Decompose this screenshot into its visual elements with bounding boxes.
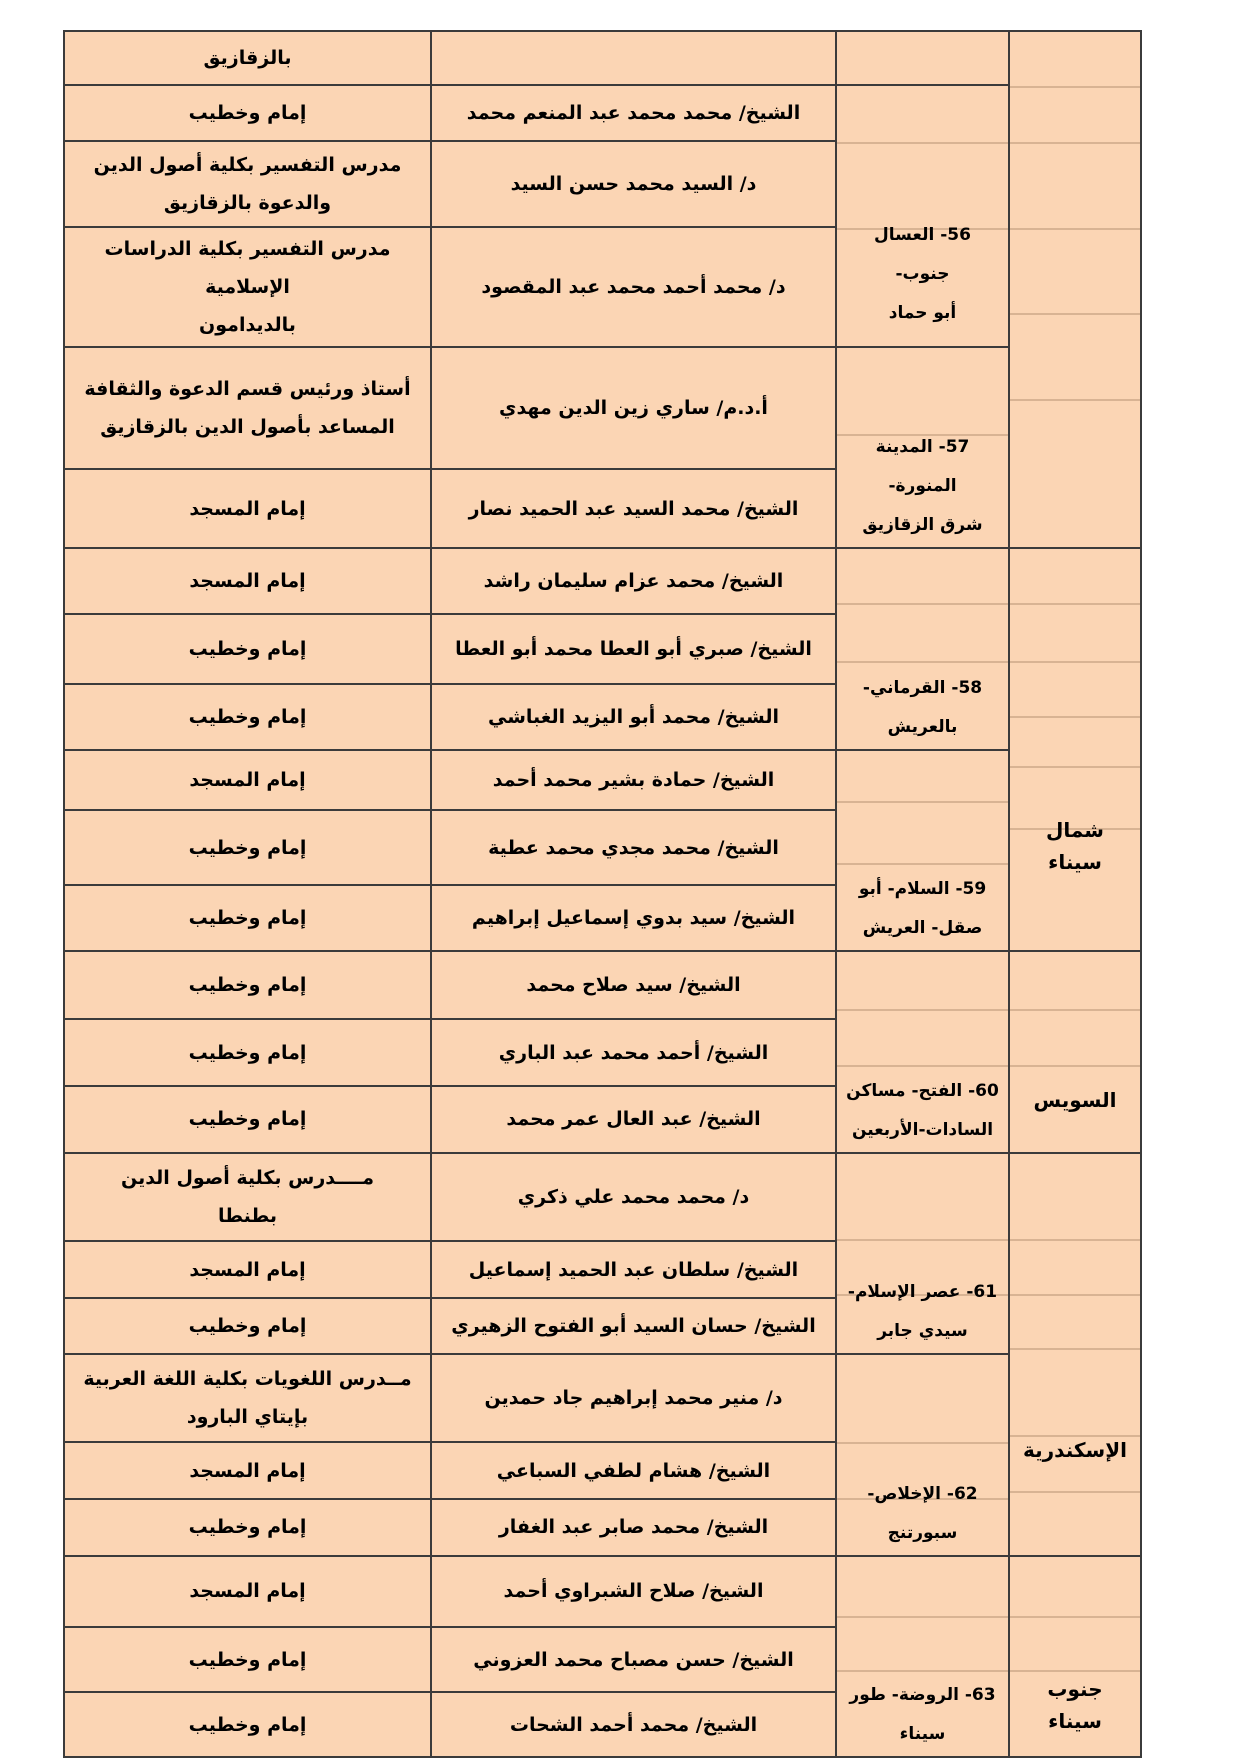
table-row: 62- الإخلاص- سبورتنج د/ منير محمد إبراهي… (64, 1354, 1141, 1442)
table-row: السويس 60- الفتح- مساكن السادات-الأربعين… (64, 951, 1141, 1019)
mosque-cell: 63- الروضة- طور سيناء (836, 1556, 1009, 1757)
table-row: بالزقازيق (64, 31, 1141, 85)
faint-gridline (1010, 228, 1140, 230)
faint-gridline (1010, 1435, 1140, 1437)
name-cell: الشيخ/ محمد مجدي محمد عطية (431, 810, 836, 885)
name-cell: د/ السيد محمد حسن السيد (431, 141, 836, 227)
faint-gridline (837, 1009, 1008, 1011)
name-cell: الشيخ/ سيد صلاح محمد (431, 951, 836, 1019)
faint-gridline (837, 1670, 1008, 1672)
table-row: جنوب سيناء 63- الروضة- طور سيناء الشيخ/ … (64, 1556, 1141, 1627)
faint-gridline (1010, 603, 1140, 605)
faint-gridline (1010, 86, 1140, 88)
faint-gridline (837, 1616, 1008, 1618)
table-row: 57- المدينة المنورة- شرق الزقازيق أ.د.م/… (64, 347, 1141, 469)
faint-gridline (837, 142, 1008, 144)
job-cell: إمام وخطيب (64, 1298, 431, 1354)
faint-gridline (1010, 716, 1140, 718)
name-cell: الشيخ/ حمادة بشير محمد أحمد (431, 750, 836, 810)
faint-gridline (837, 801, 1008, 803)
mosque-cell: 56- العسال جنوب- أبو حماد (836, 85, 1009, 347)
faint-gridline (1010, 1616, 1140, 1618)
faint-gridline (1010, 766, 1140, 768)
job-cell: بالزقازيق (64, 31, 431, 85)
table-row: شمال سيناء 58- القرماني- بالعريش الشيخ/ … (64, 548, 1141, 613)
mosque-label: 56- العسال جنوب- أبو حماد (874, 225, 971, 323)
name-cell: الشيخ/ محمد عزام سليمان راشد (431, 548, 836, 613)
job-cell: إمام وخطيب (64, 1692, 431, 1757)
document-page: { "table": { "colors": { "cell_bg": "#fb… (0, 0, 1240, 1755)
mosque-label: 62- الإخلاص- سبورتنج (867, 1484, 977, 1543)
faint-gridline (837, 863, 1008, 865)
faint-gridline (1010, 399, 1140, 401)
name-cell: الشيخ/ عبد العال عمر محمد (431, 1086, 836, 1153)
name-cell: أ.د.م/ ساري زين الدين مهدي (431, 347, 836, 469)
faint-gridline (1010, 1294, 1140, 1296)
name-cell: الشيخ/ صبري أبو العطا محمد أبو العطا (431, 614, 836, 684)
mosque-cell: 59- السلام- أبو صقل- العريش (836, 750, 1009, 951)
mosque-cell: 61- عصر الإسلام- سيدي جابر (836, 1153, 1009, 1354)
job-cell: إمام وخطيب (64, 810, 431, 885)
faint-gridline (1010, 1348, 1140, 1350)
faint-gridline (837, 603, 1008, 605)
job-cell: إمام وخطيب (64, 885, 431, 951)
job-cell: إمام المسجد (64, 750, 431, 810)
faint-gridline (1010, 1239, 1140, 1241)
job-cell: إمام المسجد (64, 1241, 431, 1298)
name-cell: الشيخ/ محمد صابر عبد الغفار (431, 1499, 836, 1556)
name-cell: الشيخ/ أحمد محمد عبد الباري (431, 1019, 836, 1086)
governorate-cell: جنوب سيناء (1009, 1556, 1141, 1757)
governorate-cell: السويس (1009, 951, 1141, 1152)
faint-gridline (837, 1065, 1008, 1067)
faint-gridline (1010, 1670, 1140, 1672)
table-row: الإسكندرية 61- عصر الإسلام- سيدي جابر د/… (64, 1153, 1141, 1241)
faint-gridline (1010, 661, 1140, 663)
name-cell (431, 31, 836, 85)
job-cell: إمام وخطيب (64, 1086, 431, 1153)
name-cell: الشيخ/ صلاح الشبراوي أحمد (431, 1556, 836, 1627)
job-cell: إمام المسجد (64, 548, 431, 613)
governorate-label: الإسكندرية (1023, 1438, 1127, 1462)
name-cell: د/ محمد أحمد محمد عبد المقصود (431, 227, 836, 347)
job-cell: إمام وخطيب (64, 85, 431, 141)
name-cell: الشيخ/ محمد أبو اليزيد الغباشي (431, 684, 836, 750)
name-cell: الشيخ/ سيد بدوي إسماعيل إبراهيم (431, 885, 836, 951)
mosque-cell: 60- الفتح- مساكن السادات-الأربعين (836, 951, 1009, 1152)
governorate-cell (1009, 31, 1141, 548)
name-cell: الشيخ/ محمد السيد عبد الحميد نصار (431, 469, 836, 548)
governorate-label: السويس (1033, 1088, 1116, 1112)
faint-gridline (1010, 1065, 1140, 1067)
job-cell: إمام وخطيب (64, 951, 431, 1019)
name-cell: د/ محمد محمد علي ذكري (431, 1153, 836, 1241)
job-cell: إمام المسجد (64, 1556, 431, 1627)
mosque-label: 61- عصر الإسلام- سيدي جابر (848, 1282, 997, 1341)
governorate-cell: الإسكندرية (1009, 1153, 1141, 1556)
job-cell: إمام وخطيب (64, 1499, 431, 1556)
job-cell: إمام المسجد (64, 469, 431, 548)
mosque-cell: 62- الإخلاص- سبورتنج (836, 1354, 1009, 1555)
name-cell: د/ منير محمد إبراهيم جاد حمدين (431, 1354, 836, 1442)
job-cell: مدرس التفسير بكلية أصول الدين والدعوة با… (64, 141, 431, 227)
job-cell: مدرس التفسير بكلية الدراسات الإسلامية با… (64, 227, 431, 347)
job-cell: إمام وخطيب (64, 684, 431, 750)
faint-gridline (1010, 1009, 1140, 1011)
faint-gridline (1010, 1491, 1140, 1493)
name-cell: الشيخ/ سلطان عبد الحميد إسماعيل (431, 1241, 836, 1298)
faint-gridline (1010, 313, 1140, 315)
name-cell: الشيخ/ محمد محمد عبد المنعم محمد (431, 85, 836, 141)
mosque-cell: 57- المدينة المنورة- شرق الزقازيق (836, 347, 1009, 548)
mosque-label: 59- السلام- أبو صقل- العريش (859, 879, 986, 938)
job-cell: إمام وخطيب (64, 1627, 431, 1692)
faint-gridline (837, 434, 1008, 436)
mosque-cell: 58- القرماني- بالعريش (836, 548, 1009, 749)
faint-gridline (837, 1239, 1008, 1241)
name-cell: الشيخ/ حسان السيد أبو الفتوح الزهيري (431, 1298, 836, 1354)
mosque-label: 58- القرماني- بالعريش (863, 678, 982, 737)
name-cell: الشيخ/ محمد أحمد الشحات (431, 1692, 836, 1757)
governorate-cell: شمال سيناء (1009, 548, 1141, 951)
mosque-cell (836, 31, 1009, 85)
faint-gridline (837, 1442, 1008, 1444)
mosque-label: 57- المدينة المنورة- شرق الزقازيق (862, 437, 982, 535)
job-cell: إمام وخطيب (64, 614, 431, 684)
job-cell: إمام وخطيب (64, 1019, 431, 1086)
mosque-label: 63- الروضة- طور سيناء (849, 1685, 995, 1744)
job-cell: أستاذ ورئيس قسم الدعوة والثقافة المساعد … (64, 347, 431, 469)
imams-table: بالزقازيق 56- العسال جنوب- أبو حماد الشي… (63, 30, 1142, 1758)
job-cell: إمام المسجد (64, 1442, 431, 1499)
job-cell: مــدرس اللغويات بكلية اللغة العربية بإيت… (64, 1354, 431, 1442)
job-cell: مــــدرس بكلية أصول الدين بطنطا (64, 1153, 431, 1241)
table-row: 56- العسال جنوب- أبو حماد الشيخ/ محمد مح… (64, 85, 1141, 141)
faint-gridline (837, 661, 1008, 663)
table-row: 59- السلام- أبو صقل- العريش الشيخ/ حمادة… (64, 750, 1141, 810)
name-cell: الشيخ/ حسن مصباح محمد العزوني (431, 1627, 836, 1692)
governorate-label: شمال سيناء (1046, 818, 1104, 874)
mosque-label: 60- الفتح- مساكن السادات-الأربعين (846, 1081, 999, 1140)
name-cell: الشيخ/ هشام لطفي السباعي (431, 1442, 836, 1499)
faint-gridline (1010, 142, 1140, 144)
governorate-label: جنوب سيناء (1047, 1677, 1102, 1733)
